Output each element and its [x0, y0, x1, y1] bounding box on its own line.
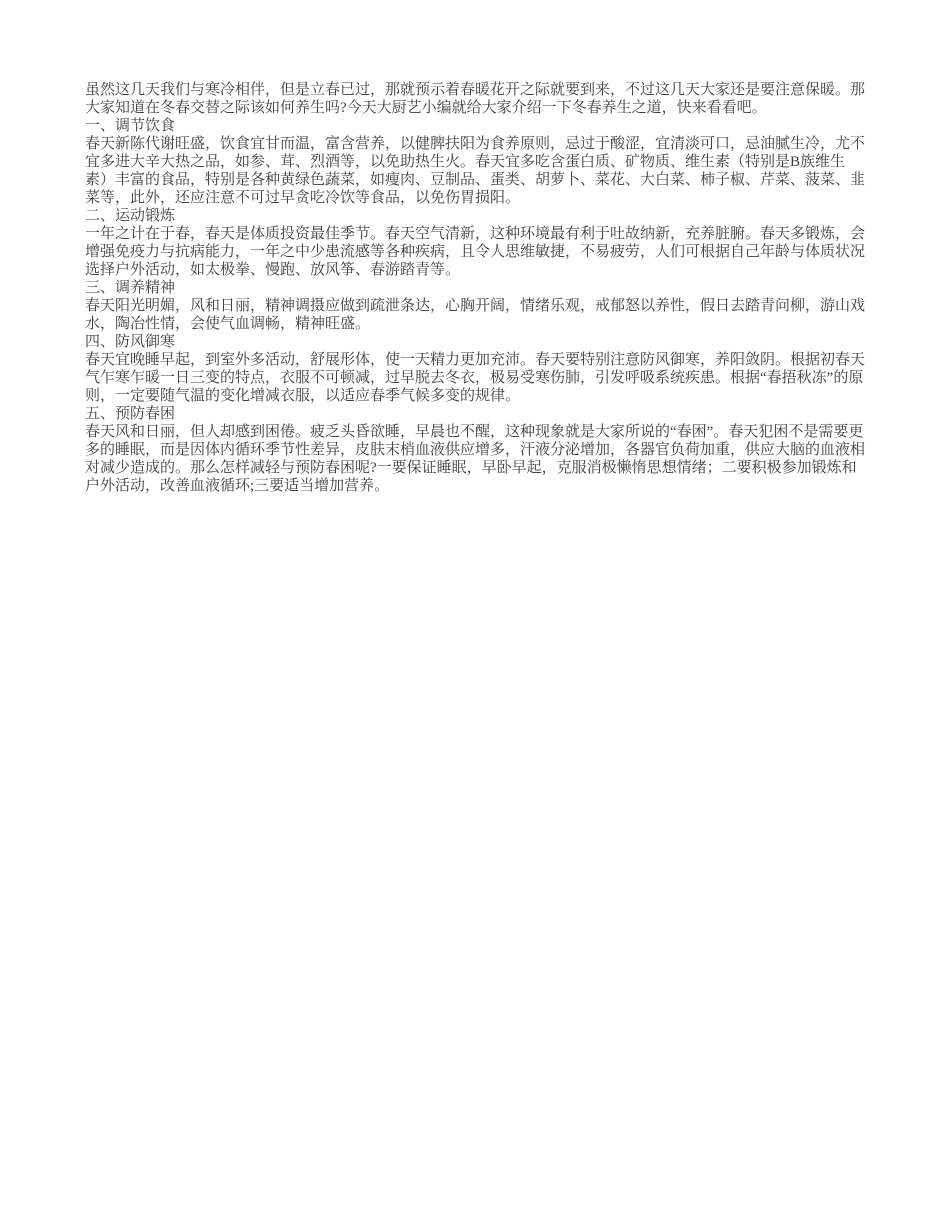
section-heading-1: 一、调节饮食	[85, 117, 866, 135]
section-body-4: 春天宜晚睡早起，到室外多活动，舒展形体，使一天精力更加充沛。春天要特别注意防风御…	[85, 351, 866, 405]
section-heading-3: 三、调养精神	[85, 279, 866, 297]
section-body-2: 一年之计在于春，春天是体质投资最佳季节。春天空气清新，这种环境最有利于吐故纳新，…	[85, 225, 866, 279]
section-heading-2: 二、运动锻炼	[85, 207, 866, 225]
section-body-1: 春天新陈代谢旺盛，饮食宜甘而温，富含营养，以健脾扶阳为食养原则，忌过于酸涩，宜清…	[85, 135, 866, 207]
section-heading-5: 五、预防春困	[85, 405, 866, 423]
intro-paragraph: 虽然这几天我们与寒冷相伴，但是立春已过，那就预示着春暖花开之际就要到来，不过这几…	[85, 81, 866, 117]
article-page: 虽然这几天我们与寒冷相伴，但是立春已过，那就预示着春暖花开之际就要到来，不过这几…	[85, 81, 866, 495]
section-body-3: 春天阳光明媚，风和日丽，精神调摄应做到疏泄条达，心胸开阔，情绪乐观，戒郁怒以养性…	[85, 297, 866, 333]
section-heading-4: 四、防风御寒	[85, 333, 866, 351]
section-body-5: 春天风和日丽，但人却感到困倦。疲乏头昏欲睡，早晨也不醒，这种现象就是大家所说的“…	[85, 423, 866, 495]
